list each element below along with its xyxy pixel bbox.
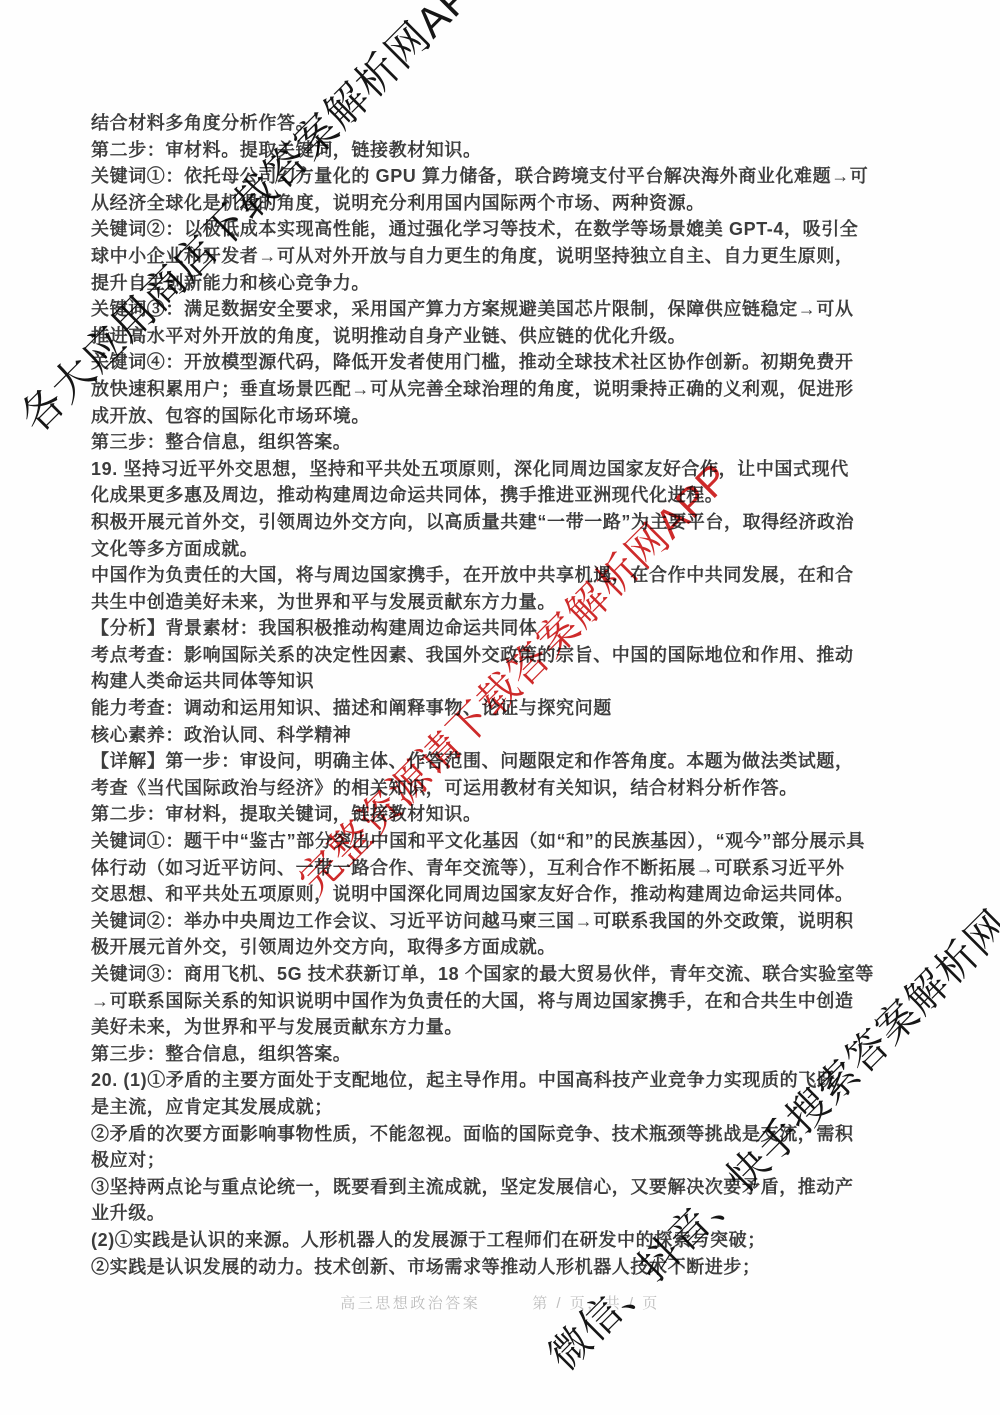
text-line: 美好未来，为世界和平与发展贡献东方力量。 — [91, 1014, 923, 1041]
text-line: 第三步：整合信息，组织答案。 — [91, 1041, 923, 1068]
text-line: 体行动（如习近平访问、一带一路合作、青年交流等），互利合作不断拓展→可联系习近平… — [91, 855, 923, 882]
text-line: 化成果更多惠及周边，推动构建周边命运共同体，携手推进亚洲现代化进程。 — [91, 482, 923, 509]
text-line: 第二步：审材料。提取关键词，链接教材知识。 — [91, 137, 923, 164]
text-line: (2)①实践是认识的来源。人形机器人的发展源于工程师们在研发中的探索与突破； — [91, 1227, 923, 1254]
text-line: 关键词①：题干中“鉴古”部分突出中国和平文化基因（如“和”的民族基因），“观今”… — [91, 828, 923, 855]
text-line: 放快速积累用户；垂直场景匹配→可从完善全球治理的角度，说明秉持正确的义利观，促进… — [91, 376, 923, 403]
text-line: 交思想、和平共处五项原则，说明中国深化同周边国家友好合作，推动构建周边命运共同体… — [91, 881, 923, 908]
text-line: 中国作为负责任的大国，将与周边国家携手，在开放中共享机遇，在合作中共同发展，在和… — [91, 562, 923, 589]
text-line: 极开展元首外交，引领周边外交方向，取得多方面成就。 — [91, 934, 923, 961]
text-line: 推进高水平对外开放的角度，说明推动自身产业链、供应链的优化升级。 — [91, 323, 923, 350]
text-line: ②实践是认识发展的动力。技术创新、市场需求等推动人形机器人技术不断进步； — [91, 1254, 923, 1281]
text-line: ③坚持两点论与重点论统一，既要看到主流成就，坚定发展信心，又要解决次要矛盾，推动… — [91, 1174, 923, 1201]
text-line: 积极开展元首外交，引领周边外交方向，以高质量共建“一带一路”为主要平台，取得经济… — [91, 509, 923, 536]
text-line: 关键词①：依托母公司幻方量化的 GPU 算力储备，联合跨境支付平台解决海外商业化… — [91, 163, 923, 190]
text-line: 提升自主创新能力和核心竞争力。 — [91, 270, 923, 297]
text-line: 考查《当代国际政治与经济》的相关知识，可运用教材有关知识，结合材料分析作答。 — [91, 775, 923, 802]
text-line: 第二步：审材料，提取关键词，链接教材知识。 — [91, 801, 923, 828]
text-line: 第三步：整合信息，组织答案。 — [91, 429, 923, 456]
scanned-answer-page: 结合材料多角度分析作答。 第二步：审材料。提取关键词，链接教材知识。 关键词①：… — [0, 0, 1000, 1415]
text-line: 成开放、包容的国际化市场环境。 — [91, 403, 923, 430]
text-line: 关键词③：满足数据安全要求，采用国产算力方案规避美国芯片限制，保障供应链稳定→可… — [91, 296, 923, 323]
text-line: 【分析】背景素材：我国积极推动构建周边命运共同体 — [91, 615, 923, 642]
text-line: 【详解】第一步：审设问，明确主体、作答范围、问题限定和作答角度。本题为做法类试题… — [91, 748, 923, 775]
text-line: 关键词②：举办中央周边工作会议、习近平访问越马柬三国→可联系我国的外交政策，说明… — [91, 908, 923, 935]
text-line: 业升级。 — [91, 1200, 923, 1227]
text-line: 共生中创造美好未来，为世界和平与发展贡献东方力量。 — [91, 589, 923, 616]
text-line: 文化等多方面成就。 — [91, 536, 923, 563]
text-line: 结合材料多角度分析作答。 — [91, 110, 923, 137]
text-line: 19. 坚持习近平外交思想，坚持和平共处五项原则，深化同周边国家友好合作，让中国… — [91, 456, 923, 483]
text-line: 关键词③：商用飞机、5G 技术获新订单，18 个国家的最大贸易伙伴，青年交流、联… — [91, 961, 923, 988]
footer-exam-title: 高三思想政治答案 — [340, 1292, 480, 1313]
text-line: 关键词④：开放模型源代码，降低开发者使用门槛，推动全球技术社区协作创新。初期免费… — [91, 349, 923, 376]
page-footer: 高三思想政治答案 第 / 页，共 / 页 — [0, 1292, 1000, 1313]
text-line: 核心素养：政治认同、科学精神 — [91, 722, 923, 749]
text-line: →可联系国际关系的知识说明中国作为负责任的大国，将与周边国家携手，在和合共生中创… — [91, 988, 923, 1015]
